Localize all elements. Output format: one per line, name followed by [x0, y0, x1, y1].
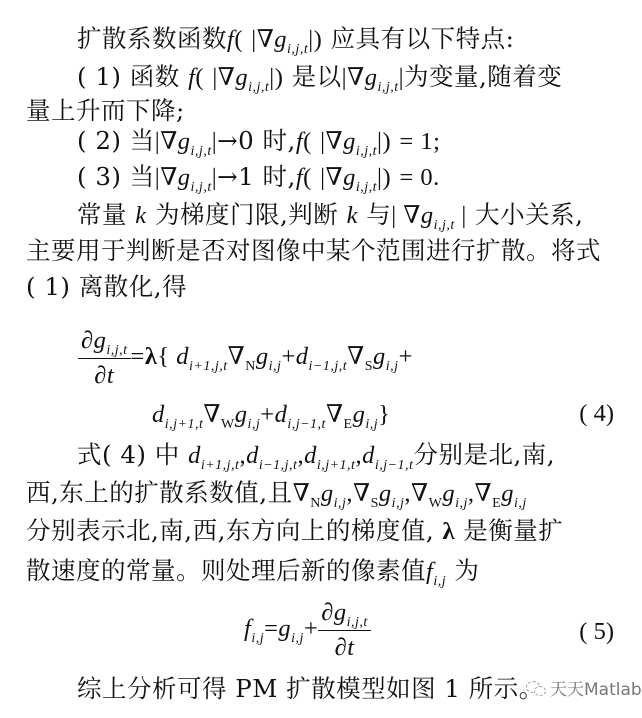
text: 散速度的常量。则处理后新的像素值 — [26, 556, 426, 585]
text: = 1; — [399, 128, 440, 155]
equation-number-4: ( 4) — [579, 400, 614, 428]
text-line-9: 式( 4) 中 di+1,j,t,di−1,j,t,di,j+1,t,di,j−… — [77, 440, 555, 471]
equation-4-row-1: ∂gi,j,t ∂t =λ{ di+1,j,t∇Ngi,j+di−1,j,t∇S… — [78, 326, 413, 391]
text-line-13: 综上分析可得 PM 扩散模型如图 1 所示。 — [77, 674, 544, 704]
equation-4-row-2: di,j+1,t∇Wgi,j+di,j−1,t∇Egi,j} — [152, 400, 390, 430]
text: 分别表示北,南,西,东方向上的梯度值, — [26, 516, 434, 545]
watermark-label: 天天Matlab — [550, 675, 642, 700]
text: →0 时, — [217, 126, 296, 155]
fraction-partial-g-partial-t: ∂gi,j,t ∂t — [78, 326, 131, 391]
text-line-3: 量上升而下降; — [26, 96, 185, 126]
math-lambda: λ — [145, 343, 158, 370]
text: →1 时, — [217, 162, 296, 191]
text: 式( 4) 中 — [77, 440, 180, 469]
text: = 0. — [399, 164, 439, 191]
math-nabla: ∇ — [160, 164, 178, 191]
fraction-partial-g-partial-t: ∂gi,j,t ∂t — [318, 598, 371, 663]
text: 为 — [454, 556, 479, 585]
wechat-icon — [526, 680, 546, 696]
math-g: g — [178, 164, 191, 191]
text: ( 3) 当 — [77, 162, 155, 191]
math-nabla: ∇ — [403, 202, 421, 229]
subscript: i,j,t — [356, 180, 377, 195]
math-g: g — [365, 64, 378, 91]
math-g: g — [274, 26, 287, 53]
text-line-5: ( 3) 当|∇gi,j,t|→1 时,f( |∇gi,j,t|) = 0. — [77, 162, 440, 193]
text: 与 — [366, 200, 391, 229]
subscript: i,j,t — [377, 80, 398, 95]
text: 西,东上的扩散系数值,且 — [26, 478, 293, 507]
text: 为变量,随着变 — [404, 62, 562, 91]
text-line-8: ( 1) 离散化,得 — [26, 272, 187, 302]
subscript: i,j,t — [434, 218, 455, 233]
subscript: i,j,t — [248, 80, 269, 95]
equation-number-5: ( 5) — [579, 618, 614, 646]
subscript: i,j,t — [191, 180, 212, 195]
text-line-6: 常量 k 为梯度门限,判断 k 与| ∇gi,j,t | 大小关系, — [77, 200, 583, 231]
math-g: g — [421, 202, 434, 229]
text: 应具有以下特点: — [331, 24, 515, 53]
subscript: i,j,t — [356, 144, 377, 159]
math-nabla: ∇ — [326, 164, 344, 191]
math-equals: = — [131, 343, 145, 370]
math-lambda: λ — [442, 518, 455, 545]
text: ( 2) 当 — [77, 126, 155, 155]
text-line-7: 主要用于判断是否对图像中某个范围进行扩散。将式 — [26, 236, 601, 266]
text-line-11: 分别表示北,南,西,东方向上的梯度值, λ 是衡量扩 — [26, 516, 563, 547]
math-nabla: ∇ — [347, 64, 365, 91]
text-line-12: 散速度的常量。则处理后新的像素值fi,j 为 — [26, 556, 479, 587]
text: 是以 — [292, 62, 342, 91]
math-nabla: ∇ — [218, 64, 236, 91]
text: 大小关系, — [475, 200, 583, 229]
text-line-10: 西,东上的扩散系数值,且∇Ngi,j,∇Sgi,j,∇Wgi,j,∇Egi,j — [26, 478, 527, 509]
math-g: g — [343, 128, 356, 155]
math-brace: { — [157, 343, 169, 370]
math-nabla: ∇ — [257, 26, 275, 53]
text: 分别是北,南, — [413, 440, 555, 469]
text: 扩散系数函数 — [77, 24, 227, 53]
math-k: k — [347, 202, 358, 229]
math-g: g — [178, 128, 191, 155]
text: 常量 — [77, 200, 127, 229]
math-k: k — [135, 202, 146, 229]
text: 是衡量扩 — [463, 516, 563, 545]
text: 为梯度门限,判断 — [155, 200, 338, 229]
watermark: 天天Matlab — [526, 675, 642, 700]
subscript: i,j,t — [287, 42, 308, 57]
text-line-2: ( 1) 函数 f( |∇gi,j,t|) 是以|∇gi,j,t|为变量,随着变 — [77, 62, 562, 93]
text: ( 1) 函数 — [77, 62, 180, 91]
math-g: g — [235, 64, 248, 91]
equation-5: fi,j=gi,j+ ∂gi,j,t ∂t — [244, 598, 371, 663]
text-line-1: 扩散系数函数f( |∇gi,j,t|) 应具有以下特点: — [77, 24, 514, 55]
text-line-4: ( 2) 当|∇gi,j,t|→0 时,f( |∇gi,j,t|) = 1; — [77, 126, 440, 157]
math-g: g — [343, 164, 356, 191]
math-nabla: ∇ — [326, 128, 344, 155]
math-nabla: ∇ — [160, 128, 178, 155]
subscript: i,j,t — [191, 144, 212, 159]
